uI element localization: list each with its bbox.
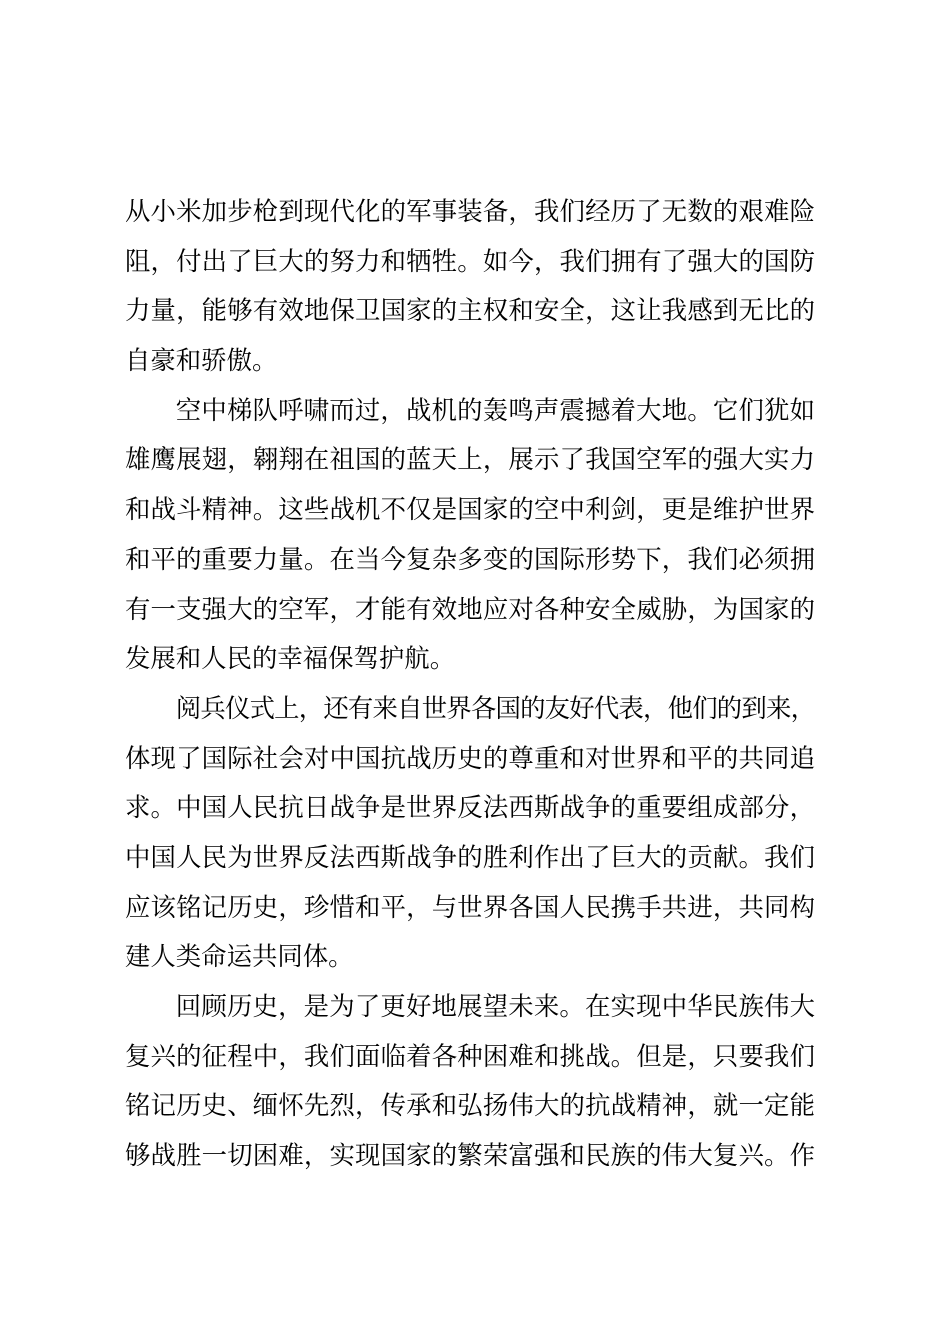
- text-line: 回顾历史，是为了更好地展望未来。在实现中华民族伟大: [125, 983, 815, 1033]
- text-line: 体现了国际社会对中国抗战历史的尊重和对世界和平的共同追: [125, 735, 815, 785]
- text-line: 和平的重要力量。在当今复杂多变的国际形势下，我们必须拥: [125, 536, 815, 586]
- document-page: 从小米加步枪到现代化的军事装备，我们经历了无数的艰难险阻，付出了巨大的努力和牺牲…: [0, 0, 950, 1344]
- text-line: 自豪和骄傲。: [125, 337, 815, 387]
- text-line: 有一支强大的空军，才能有效地应对各种安全威胁，为国家的: [125, 586, 815, 636]
- text-line: 求。中国人民抗日战争是世界反法西斯战争的重要组成部分，: [125, 784, 815, 834]
- text-line: 空中梯队呼啸而过，战机的轰鸣声震撼着大地。它们犹如: [125, 387, 815, 437]
- text-line: 建人类命运共同体。: [125, 933, 815, 983]
- text-line: 中国人民为世界反法西斯战争的胜利作出了巨大的贡献。我们: [125, 834, 815, 884]
- text-line: 阅兵仪式上，还有来自世界各国的友好代表，他们的到来，: [125, 685, 815, 735]
- paragraph: 回顾历史，是为了更好地展望未来。在实现中华民族伟大复兴的征程中，我们面临着各种困…: [125, 983, 815, 1182]
- text-line: 复兴的征程中，我们面临着各种困难和挑战。但是，只要我们: [125, 1033, 815, 1083]
- text-line: 从小米加步枪到现代化的军事装备，我们经历了无数的艰难险: [125, 188, 815, 238]
- text-line: 应该铭记历史，珍惜和平，与世界各国人民携手共进，共同构: [125, 884, 815, 934]
- text-line: 发展和人民的幸福保驾护航。: [125, 635, 815, 685]
- text-line: 和战斗精神。这些战机不仅是国家的空中利剑，更是维护世界: [125, 486, 815, 536]
- text-line: 阻，付出了巨大的努力和牺牲。如今，我们拥有了强大的国防: [125, 238, 815, 288]
- document-text-block: 从小米加步枪到现代化的军事装备，我们经历了无数的艰难险阻，付出了巨大的努力和牺牲…: [125, 188, 815, 1182]
- text-line: 力量，能够有效地保卫国家的主权和安全，这让我感到无比的: [125, 287, 815, 337]
- text-line: 雄鹰展翅，翱翔在祖国的蓝天上，展示了我国空军的强大实力: [125, 436, 815, 486]
- paragraph: 从小米加步枪到现代化的军事装备，我们经历了无数的艰难险阻，付出了巨大的努力和牺牲…: [125, 188, 815, 387]
- paragraph: 空中梯队呼啸而过，战机的轰鸣声震撼着大地。它们犹如雄鹰展翅，翱翔在祖国的蓝天上，…: [125, 387, 815, 685]
- paragraph: 阅兵仪式上，还有来自世界各国的友好代表，他们的到来，体现了国际社会对中国抗战历史…: [125, 685, 815, 983]
- text-line: 够战胜一切困难，实现国家的繁荣富强和民族的伟大复兴。作: [125, 1132, 815, 1182]
- text-line: 铭记历史、缅怀先烈，传承和弘扬伟大的抗战精神，就一定能: [125, 1082, 815, 1132]
